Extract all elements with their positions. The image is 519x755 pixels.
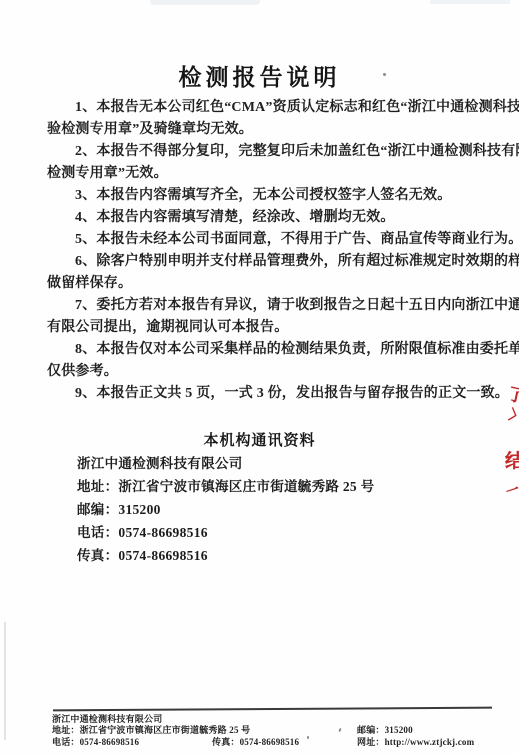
note-line: 4、本报告内容需填写清楚，经涂改、增删均无效。 xyxy=(47,207,473,229)
scan-smudge xyxy=(150,0,260,5)
scan-edge-shadow xyxy=(4,622,6,740)
contact-company: 浙江中通检测科技有限公司 xyxy=(77,452,374,475)
footer-website: 网址：http://www.ztjckj.com xyxy=(357,735,474,748)
red-ink-fragment: 了 xyxy=(506,385,519,405)
note-line: 有限公司提出，逾期视同认可本报告。 xyxy=(47,317,473,339)
footer-fax: 传真：0574-86698516 xyxy=(212,735,299,748)
note-line: 2、本报告不得部分复印，完整复印后未加盖红色“浙江中通检测科技有限公司检验 xyxy=(47,141,473,163)
contact-fax: 传真：0574-86698516 xyxy=(77,544,374,567)
note-line: 1、本报告无本公司红色“CMA”资质认定标志和红色“浙江中通检测科技有限公司检 xyxy=(47,97,473,119)
scanned-report-page: 检测报告说明 1、本报告无本公司红色“CMA”资质认定标志和红色“浙江中通检测科… xyxy=(0,0,519,755)
note-line: 做留样保存。 xyxy=(47,273,473,295)
note-line: 仅供参考。 xyxy=(47,361,473,383)
scan-speck xyxy=(338,728,341,732)
scan-speck xyxy=(307,736,309,739)
red-ink-fragment: 结 xyxy=(505,453,519,470)
note-line: 7、委托方若对本报告有异议，请于收到报告之日起十五日内向浙江中通检测科技 xyxy=(47,295,473,317)
note-line: 5、本报告未经本公司书面同意，不得用于广告、商品宣传等商业行为。 xyxy=(47,229,473,251)
note-line: 3、本报告内容需填写齐全，无本公司授权签字人签名无效。 xyxy=(47,185,473,207)
contact-section-heading: 本机构通讯资料 xyxy=(0,429,519,450)
report-notes: 1、本报告无本公司红色“CMA”资质认定标志和红色“浙江中通检测科技有限公司检 … xyxy=(47,97,473,405)
footer-phone: 电话：0574-86698516 xyxy=(52,735,139,748)
red-ink-fragment: 一 xyxy=(504,480,519,500)
red-ink-fragment: 〉 xyxy=(507,407,519,427)
note-line: 验检测专用章”及骑缝章均无效。 xyxy=(47,119,473,141)
contact-phone: 电话：0574-86698516 xyxy=(77,521,374,544)
scan-smudge xyxy=(430,0,510,4)
note-line: 8、本报告仅对本公司采集样品的检测结果负责，所附限值标准由委托单位提供， xyxy=(47,339,473,361)
note-line: 9、本报告正文共 5 页，一式 3 份，发出报告与留存报告的正文一致。 xyxy=(47,383,473,405)
contact-address: 地址：浙江省宁波市镇海区庄市街道毓秀路 25 号 xyxy=(77,475,374,498)
contact-info: 浙江中通检测科技有限公司 地址：浙江省宁波市镇海区庄市街道毓秀路 25 号 邮编… xyxy=(77,452,374,567)
contact-postcode: 邮编：315200 xyxy=(77,498,374,521)
footer-divider xyxy=(53,707,492,712)
note-line: 6、除客户特别申明并支付样品管理费外，所有超过标准规定时效期的样品均不再 xyxy=(47,251,473,273)
note-line: 检测专用章”无效。 xyxy=(47,163,473,185)
page-title: 检测报告说明 xyxy=(0,59,519,92)
